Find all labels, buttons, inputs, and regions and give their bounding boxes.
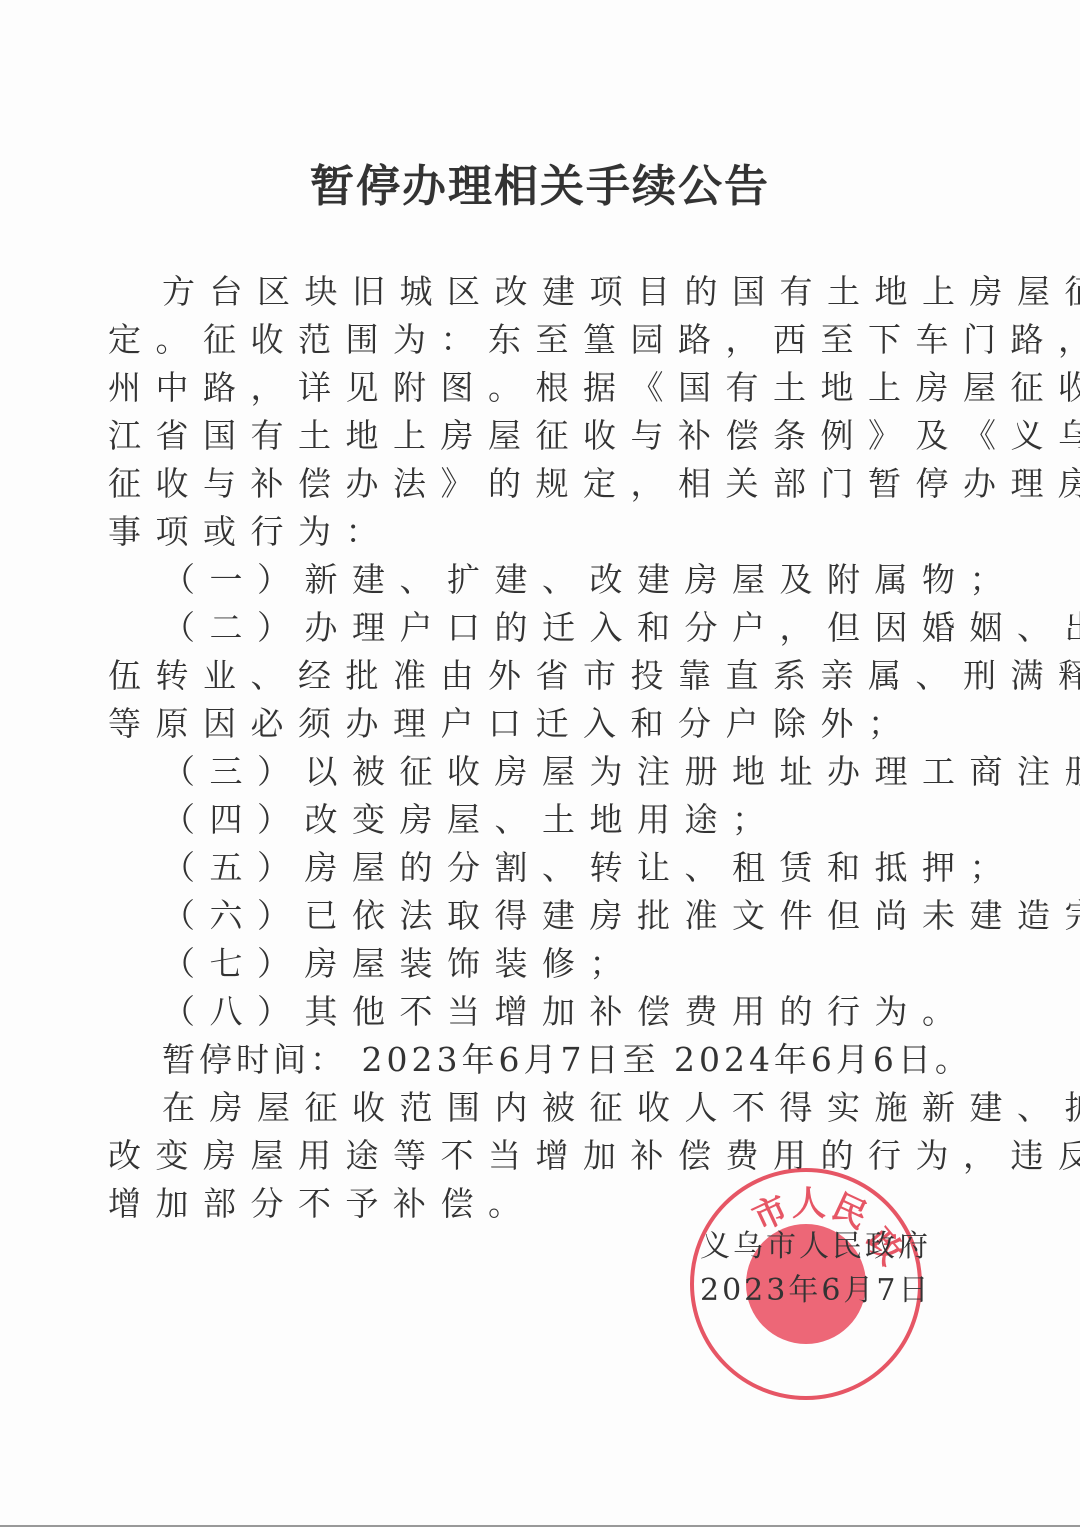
intro-line: 事项或行为： — [108, 510, 978, 554]
closing-line: 改变房屋用途等不当增加补偿费用的行为，违反规定实施的，不当 — [108, 1134, 978, 1178]
issuer-name: 义乌市人民政府 — [700, 1228, 931, 1266]
list-item-1: （一）新建、扩建、改建房屋及附属物； — [162, 558, 978, 602]
list-item-7: （七）房屋装饰装修； — [162, 942, 978, 986]
intro-line: 州中路，详见附图。根据《国有土地上房屋征收与补偿条例》、《浙 — [108, 366, 978, 410]
closing-line: 在房屋征收范围内被征收人不得实施新建、扩建、改建房屋和 — [162, 1086, 978, 1130]
seal-arc-text: 人 — [792, 1176, 826, 1225]
item-marker: （二） — [162, 608, 305, 647]
item-marker: （四） — [162, 800, 305, 839]
item-marker: （六） — [162, 896, 305, 935]
document-title: 暂停办理相关手续公告 — [0, 150, 1080, 214]
item-text: 改变房屋、土地用途； — [305, 800, 780, 839]
item-text: 房屋的分割、转让、租赁和抵押； — [305, 848, 1018, 887]
item-marker: （八） — [162, 992, 305, 1031]
item-marker: （五） — [162, 848, 305, 887]
item-text: 其他不当增加补偿费用的行为。 — [305, 992, 970, 1031]
intro-line: 征收与补偿办法》的规定，相关部门暂停办理房屋征收范围内下列 — [108, 462, 978, 506]
document-page: 暂停办理相关手续公告 方台区块旧城区改建项目的国有土地上房屋征收范围已经确 定。… — [0, 0, 1080, 1527]
intro-line: 江省国有土地上房屋征收与补偿条例》及《义乌市国有土地上房屋 — [108, 414, 978, 458]
list-item-4: （四）改变房屋、土地用途； — [162, 798, 978, 842]
item-text: 已依法取得建房批准文件但尚未建造完毕的房屋的续建； — [305, 896, 1080, 935]
item-marker: （七） — [162, 944, 305, 983]
list-item-2-cont: 伍转业、经批准由外省市投靠直系亲属、刑满释放和解除劳动教养 — [108, 654, 978, 698]
list-item-2: （二）办理户口的迁入和分户，但因婚姻、出生、回国、军人退 — [162, 606, 978, 650]
list-item-3: （三）以被征收房屋为注册地址办理工商注册登记手续； — [162, 750, 978, 794]
list-item-8: （八）其他不当增加补偿费用的行为。 — [162, 990, 978, 1034]
suspension-period: 暂停时间： 2023年6月7日至 2024年6月6日。 — [162, 1038, 978, 1082]
item-marker: （一） — [162, 560, 305, 599]
intro-line: 方台区块旧城区改建项目的国有土地上房屋征收范围已经确 — [162, 270, 978, 314]
issue-date: 2023年6月7日 — [700, 1272, 932, 1310]
item-text: 办理户口的迁入和分户，但因婚姻、出生、回国、军人退 — [305, 608, 1080, 647]
list-item-2-cont: 等原因必须办理户口迁入和分户除外； — [108, 702, 978, 746]
list-item-5: （五）房屋的分割、转让、租赁和抵押； — [162, 846, 978, 890]
item-marker: （三） — [162, 752, 305, 791]
item-text: 以被征收房屋为注册地址办理工商注册登记手续； — [305, 752, 1080, 791]
intro-line: 定。征收范围为：东至篁园路，西至下车门路，南至春江路，北至稠 — [108, 318, 978, 362]
item-text: 房屋装饰装修； — [305, 944, 638, 983]
item-text: 新建、扩建、改建房屋及附属物； — [305, 560, 1018, 599]
list-item-6: （六）已依法取得建房批准文件但尚未建造完毕的房屋的续建； — [162, 894, 978, 938]
